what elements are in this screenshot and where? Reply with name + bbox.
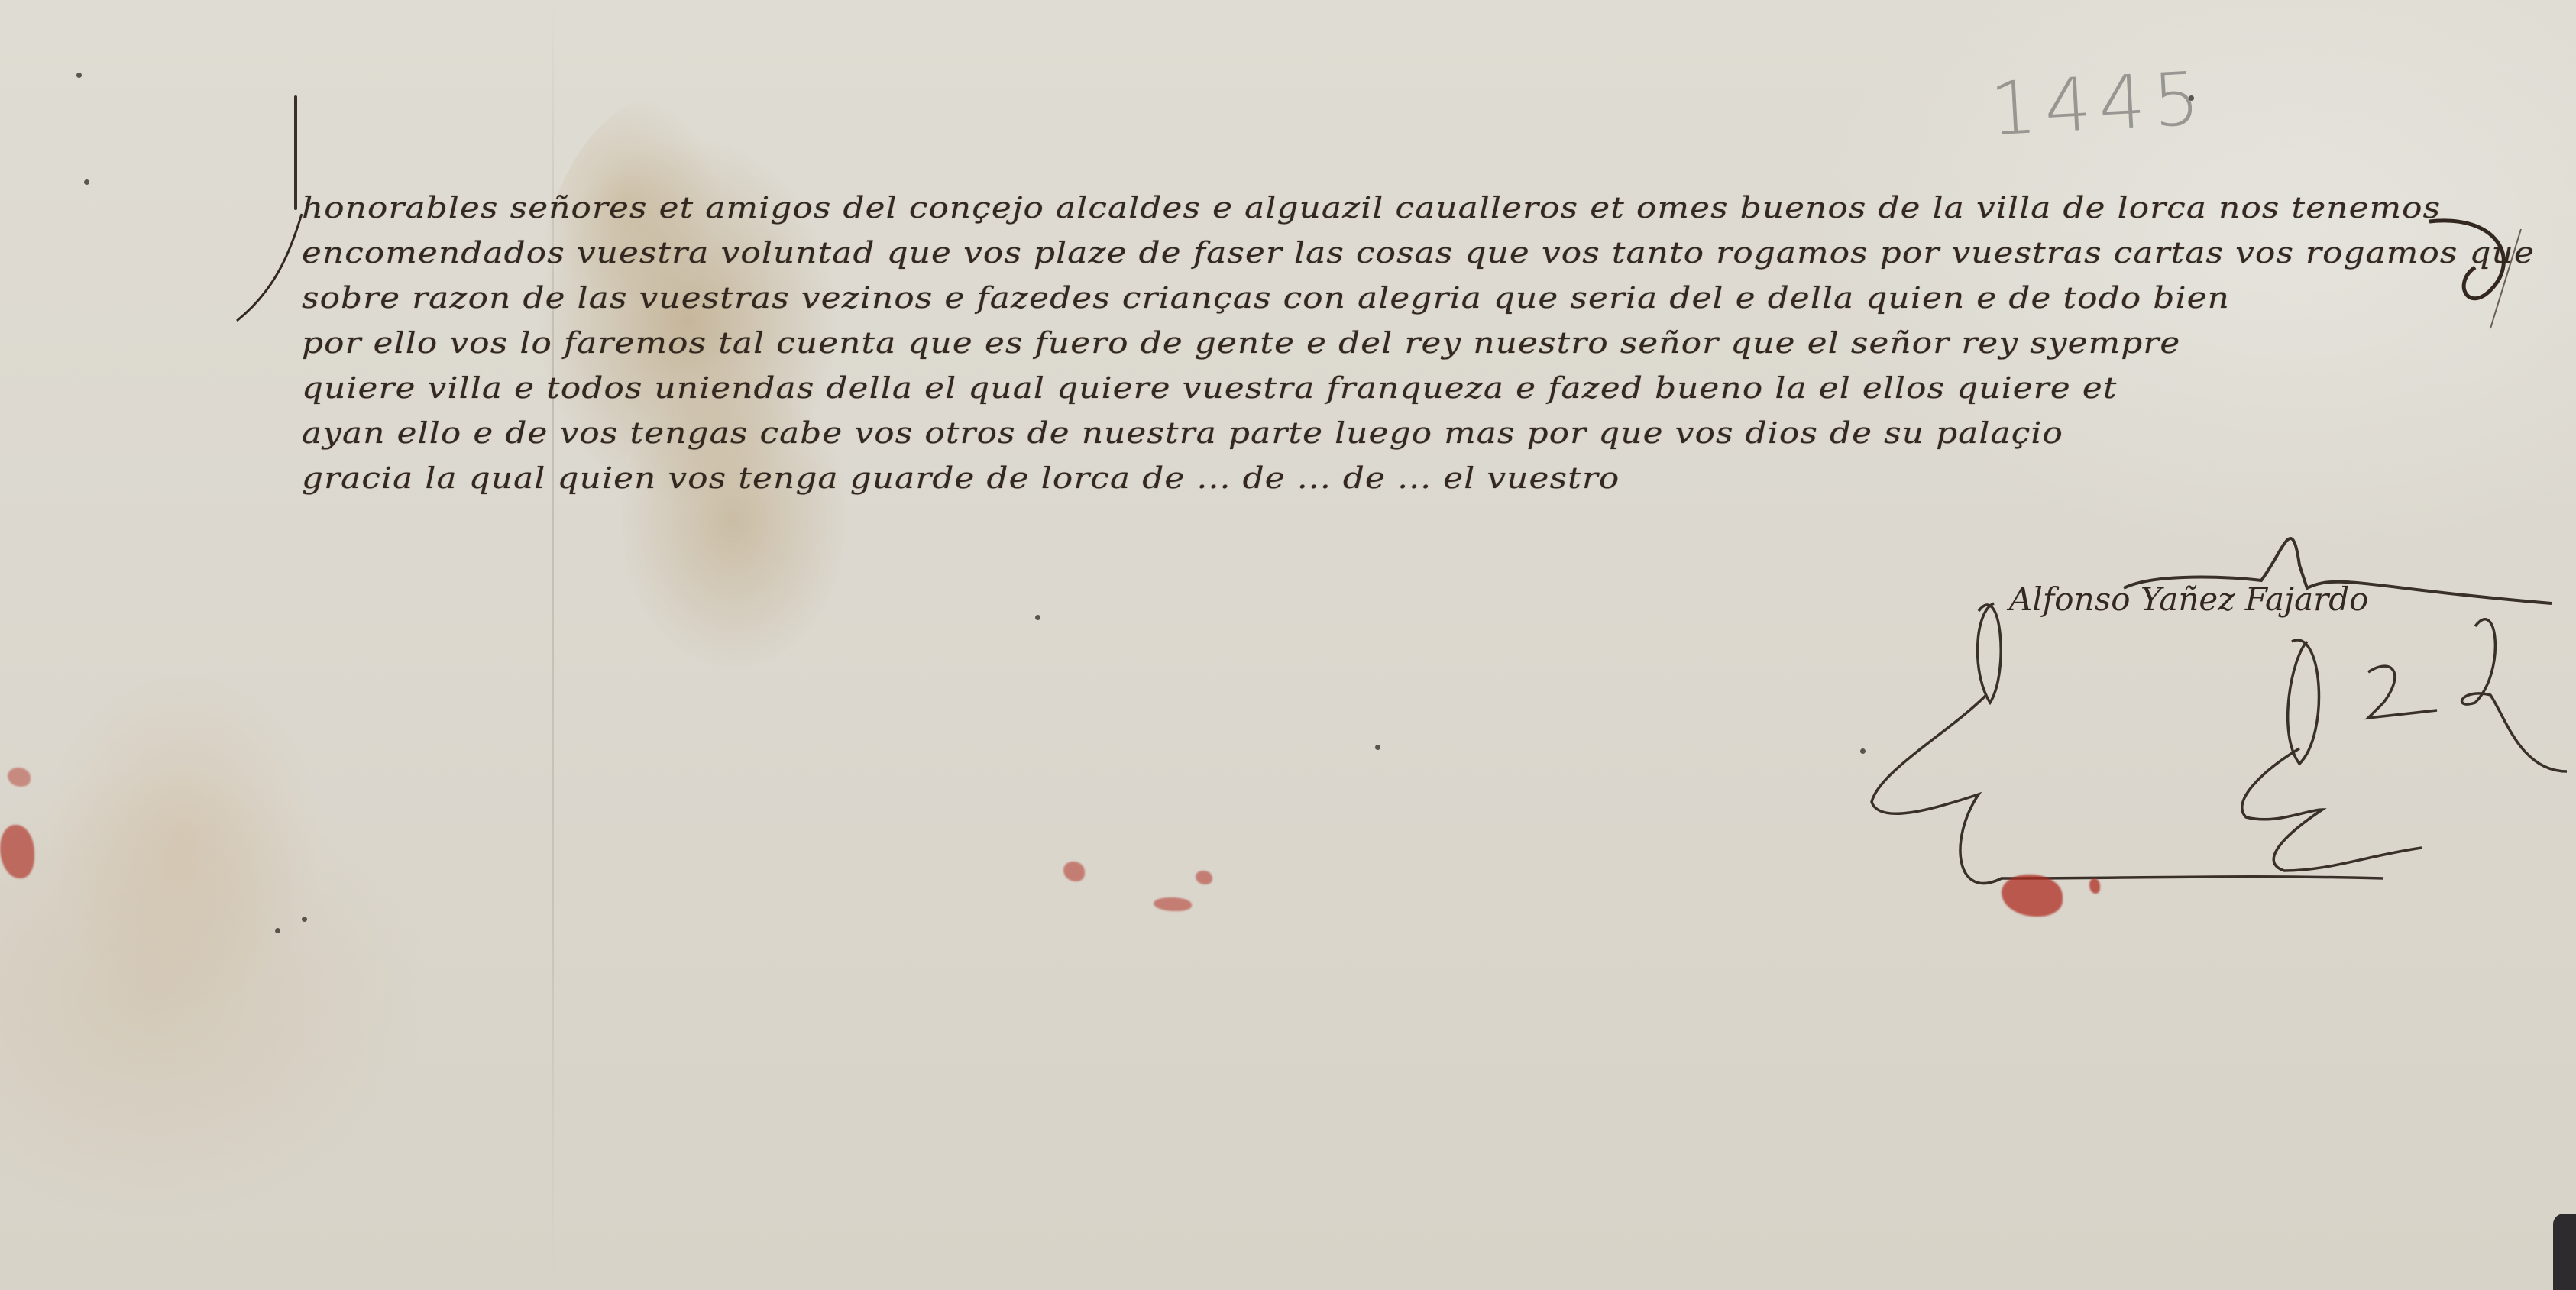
wax-seal-remnant — [8, 768, 31, 787]
text-line: ayan ello e de vos tengas cabe vos otros… — [302, 416, 2502, 461]
speck — [76, 73, 82, 78]
speck — [2189, 95, 2194, 101]
text-line: honorables señores et amigos del conçejo… — [302, 191, 2502, 236]
signature-name: Alfonso Yañez Fajardo — [2009, 580, 2368, 618]
water-stain-left — [0, 596, 397, 1130]
text-line: gracia la qual quien vos tenga guarde de… — [302, 461, 2502, 506]
margin-flourish-icon — [2406, 199, 2559, 351]
archive-number: 1445 — [1988, 56, 2209, 153]
wax-seal-remnant — [2089, 878, 2100, 894]
letter-body: honorables señores et amigos del conçejo… — [302, 191, 2502, 506]
wax-seal-remnant — [1196, 871, 1212, 884]
text-line: encomendados vuestra voluntad que vos pl… — [302, 236, 2502, 281]
speck — [1375, 745, 1380, 750]
signature-icon — [1833, 519, 2567, 917]
speck — [84, 179, 89, 185]
wax-seal-remnant — [1154, 897, 1192, 911]
speck — [1860, 748, 1866, 754]
speck — [275, 928, 280, 933]
text-line: por ello vos lo faremos tal cuenta que e… — [302, 326, 2502, 371]
wax-seal-remnant — [1063, 862, 1085, 881]
manuscript-page: 1445 honorables señores et amigos del co… — [0, 0, 2576, 1290]
speck — [1035, 615, 1040, 620]
speck — [302, 917, 307, 922]
opening-flourish — [294, 95, 297, 210]
wax-seal-remnant — [0, 825, 34, 878]
page-corner-shadow — [2553, 1214, 2576, 1290]
text-line: quiere villa e todos uniendas della el q… — [302, 371, 2502, 416]
text-line: sobre razon de las vuestras vezinos e fa… — [302, 281, 2502, 326]
